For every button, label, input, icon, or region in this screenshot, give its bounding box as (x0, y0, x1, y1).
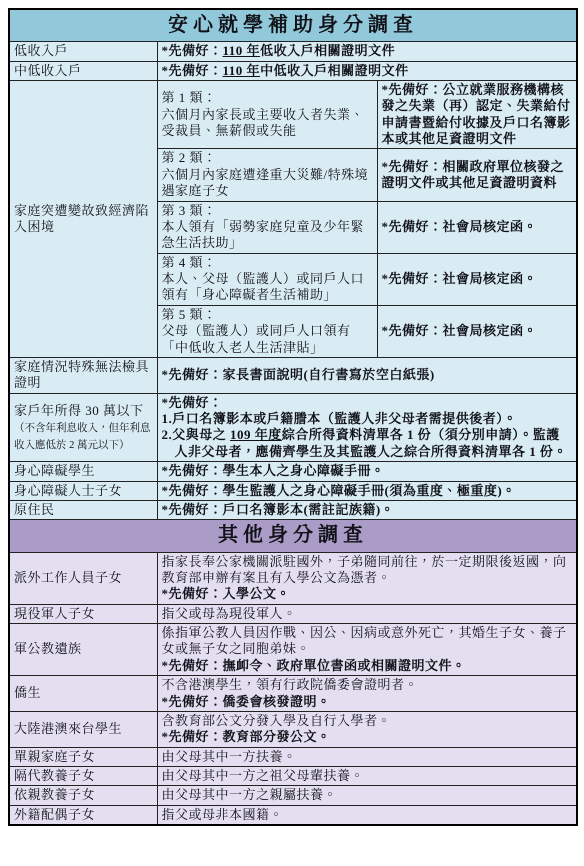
row-label: 中低收入戶 (9, 61, 157, 80)
row-content: 由父母其中一方之親屬扶養。 (157, 786, 577, 805)
row-desc: 不含港澳學生，領有行政院僑委會證明者。 (162, 677, 573, 693)
row-label: 僑生 (9, 676, 157, 712)
row-disabled-student: 身心障礙學生 *先備好：學生本人之身心障礙手冊。 (9, 462, 577, 481)
row-desc: 由父母其中一方之親屬扶養。 (162, 787, 573, 803)
row-label: 大陸港澳來台學生 (9, 711, 157, 747)
doc-rest: 低收入戶相關證明文件 (260, 43, 395, 58)
doc-text: *先備好：學生本人之身心障礙手冊。 (162, 463, 385, 478)
doc-text: *先備好：社會局核定函。 (382, 323, 538, 338)
row-content: 係指軍公教人員因作戰、因公、因病或意外死亡，其婚生子女、養子女或無子女之同胞弟妹… (157, 624, 577, 676)
row-content: 指父或母為現役軍人。 (157, 604, 577, 623)
category-title: 第 2 類： (162, 150, 373, 166)
section1-title: 安心就學補助身分調查 (9, 9, 577, 42)
row-mid-low-income: 中低收入戶 *先備好：110 年中低收入戶相關證明文件 (9, 61, 577, 80)
section-other-identity: 其他身分調查 派外工作人員子女 指家長奉公家機關派駐國外，子弟隨同前往，於一定期… (9, 520, 577, 825)
section2-header-row: 其他身分調查 (9, 520, 577, 552)
doc-item-1: 1.戶口名簿影本或戶籍謄本（監護人非父母者需提供後者）。 (162, 411, 573, 427)
row-content: *先備好：110 年中低收入戶相關證明文件 (157, 61, 577, 80)
doc-rest: 中低收入戶相關證明文件 (260, 63, 409, 78)
row-label-main: 家戶年所得 30 萬以下 (14, 403, 144, 418)
row-label-note: （不含年利息收入，但年利息收入應低於 2 萬元以下） (14, 423, 151, 450)
row-label: 外籍配偶子女 (9, 805, 157, 825)
row-content: 含教育部公文分發入學及自行入學者。 *先備好：教育部分發公文。 (157, 711, 577, 747)
row-label: 派外工作人員子女 (9, 552, 157, 604)
row-foreign-spouse: 外籍配偶子女 指父或母非本國籍。 (9, 805, 577, 825)
category-cell: 第 2 類： 六個月內家庭遭逢重大災難/特殊境遇家庭子女 (157, 149, 377, 201)
row-indigenous: 原住民 *先備好：戶口名簿影本(需註記族籍)。 (9, 500, 577, 519)
row-household-income: 家戶年所得 30 萬以下（不含年利息收入，但年利息收入應低於 2 萬元以下） *… (9, 393, 577, 462)
row-content: *先備好：戶口名簿影本(需註記族籍)。 (157, 500, 577, 519)
section-study-subsidy: 安心就學補助身分調查 低收入戶 *先備好：110 年低收入戶相關證明文件 中低收… (9, 9, 577, 520)
doc-text: *先備好：學生監護人之身心障礙手冊(須為重度、極重度)。 (162, 483, 516, 498)
row-family-change-cat1: 家庭突遭變故致經濟陷入困境 第 1 類： 六個月內家長或主要收入者失業、受裁員、… (9, 80, 577, 149)
category-title: 第 1 類： (162, 90, 373, 106)
row-content: *先備好：學生監護人之身心障礙手冊(須為重度、極重度)。 (157, 481, 577, 500)
row-label: 家戶年所得 30 萬以下（不含年利息收入，但年利息收入應低於 2 萬元以下） (9, 393, 157, 462)
doc-text: *先備好：教育部分發公文。 (162, 729, 573, 745)
doc-prefix: *先備好： (162, 43, 223, 58)
category-cell: 第 5 類： 父母（監護人）或同戶人口領有「中低收入老人生活津貼」 (157, 305, 377, 357)
doc-item-2: 2.父與母之 109 年度綜合所得資料清單各 1 份（須分別申請）。監護人非父母… (162, 427, 573, 460)
row-grandparent-care: 隔代教養子女 由父母其中一方之祖父母輩扶養。 (9, 767, 577, 786)
row-single-parent: 單親家庭子女 由父母其中一方扶養。 (9, 747, 577, 766)
category-desc: 本人、父母（監護人）或同戶人口領有「身心障礙者生活補助」 (162, 271, 373, 304)
row-desc: 含教育部公文分發入學及自行入學者。 (162, 713, 573, 729)
doc-text: *先備好：僑委會核發證明。 (162, 694, 573, 710)
row-label: 單親家庭子女 (9, 747, 157, 766)
subsidy-identity-table: 安心就學補助身分調查 低收入戶 *先備好：110 年低收入戶相關證明文件 中低收… (8, 8, 578, 826)
row-desc: 由父母其中一方扶養。 (162, 749, 573, 765)
document-cell: *先備好：社會局核定函。 (377, 253, 577, 305)
doc-text: *先備好：撫卹令、政府單位書函或相關證明文件。 (162, 658, 573, 674)
row-label: 低收入戶 (9, 42, 157, 61)
row-disabled-parent: 身心障礙人士子女 *先備好：學生監護人之身心障礙手冊(須為重度、極重度)。 (9, 481, 577, 500)
row-relative-care: 依親教養子女 由父母其中一方之親屬扶養。 (9, 786, 577, 805)
row-label: 家庭情況特殊無法檢具證明 (9, 357, 157, 393)
row-bereaved-family: 軍公教遺族 係指軍公教人員因作戰、因公、因病或意外死亡，其婚生子女、養子女或無子… (9, 624, 577, 676)
doc-item2-pre: 2.父與母之 (162, 427, 231, 442)
row-content: 指父或母非本國籍。 (157, 805, 577, 825)
row-desc: 指父或母為現役軍人。 (162, 606, 573, 622)
doc-year: 110 年 (223, 63, 261, 78)
category-title: 第 3 類： (162, 203, 373, 219)
row-content: *先備好：家長書面說明(自行書寫於空白紙張) (157, 357, 577, 393)
row-label: 隔代教養子女 (9, 767, 157, 786)
row-expat-children: 派外工作人員子女 指家長奉公家機關派駐國外，子弟隨同前往，於一定期限後返國，向教… (9, 552, 577, 604)
row-content: 不含港澳學生，領有行政院僑委會證明者。 *先備好：僑委會核發證明。 (157, 676, 577, 712)
row-special-case: 家庭情況特殊無法檢具證明 *先備好：家長書面說明(自行書寫於空白紙張) (9, 357, 577, 393)
category-cell: 第 1 類： 六個月內家長或主要收入者失業、受裁員、無薪假或失能 (157, 80, 377, 149)
doc-text: *先備好：社會局核定函。 (382, 271, 538, 286)
document-page: 安心就學補助身分調查 低收入戶 *先備好：110 年低收入戶相關證明文件 中低收… (0, 0, 584, 834)
row-label: 身心障礙人士子女 (9, 481, 157, 500)
document-cell: *先備好：社會局核定函。 (377, 201, 577, 253)
row-mainland-hk-macau: 大陸港澳來台學生 含教育部公文分發入學及自行入學者。 *先備好：教育部分發公文。 (9, 711, 577, 747)
row-desc: 係指軍公教人員因作戰、因公、因病或意外死亡，其婚生子女、養子女或無子女之同胞弟妹… (162, 625, 573, 658)
category-desc: 本人領有「弱勢家庭兒童及少年緊急生活扶助」 (162, 219, 373, 252)
category-cell: 第 4 類： 本人、父母（監護人）或同戶人口領有「身心障礙者生活補助」 (157, 253, 377, 305)
doc-text: *先備好：社會局核定函。 (382, 219, 538, 234)
document-cell: *先備好：社會局核定函。 (377, 305, 577, 357)
doc-item2-year: 109 年度 (230, 427, 282, 442)
row-desc: 指家長奉公家機關派駐國外，子弟隨同前往，於一定期限後返國，向教育部申辦有案且有入… (162, 554, 573, 587)
row-overseas-chinese: 僑生 不含港澳學生，領有行政院僑委會證明者。 *先備好：僑委會核發證明。 (9, 676, 577, 712)
doc-text: *先備好：相關政府單位核發之證明文件或其他足資證明資料 (382, 159, 565, 190)
row-label: 軍公教遺族 (9, 624, 157, 676)
category-desc: 六個月內家庭遭逢重大災難/特殊境遇家庭子女 (162, 167, 373, 200)
doc-text: *先備好：公立就業服務機構核發之失業（再）認定、失業給付申請書暨給付收據及戶口名… (382, 82, 571, 146)
doc-head: *先備好： (162, 395, 573, 411)
row-content: 由父母其中一方扶養。 (157, 747, 577, 766)
row-low-income: 低收入戶 *先備好：110 年低收入戶相關證明文件 (9, 42, 577, 61)
doc-prefix: *先備好： (162, 63, 223, 78)
document-cell: *先備好：公立就業服務機構核發之失業（再）認定、失業給付申請書暨給付收據及戶口名… (377, 80, 577, 149)
row-content: 指家長奉公家機關派駐國外，子弟隨同前往，於一定期限後返國，向教育部申辦有案且有入… (157, 552, 577, 604)
doc-text: *先備好：入學公文。 (162, 586, 573, 602)
section2-title: 其他身分調查 (9, 520, 577, 552)
row-desc: 由父母其中一方之祖父母輩扶養。 (162, 768, 573, 784)
row-label-family-change: 家庭突遭變故致經濟陷入困境 (9, 80, 157, 357)
row-label: 現役軍人子女 (9, 604, 157, 623)
row-military-children: 現役軍人子女 指父或母為現役軍人。 (9, 604, 577, 623)
category-desc: 父母（監護人）或同戶人口領有「中低收入老人生活津貼」 (162, 323, 373, 356)
doc-text: *先備好：家長書面說明(自行書寫於空白紙張) (162, 367, 435, 382)
doc-year: 110 年 (223, 43, 261, 58)
row-label: 依親教養子女 (9, 786, 157, 805)
row-content: *先備好：110 年低收入戶相關證明文件 (157, 42, 577, 61)
row-desc: 指父或母非本國籍。 (162, 807, 573, 823)
row-content: *先備好：學生本人之身心障礙手冊。 (157, 462, 577, 481)
category-title: 第 4 類： (162, 255, 373, 271)
row-content: 由父母其中一方之祖父母輩扶養。 (157, 767, 577, 786)
row-content: *先備好： 1.戶口名簿影本或戶籍謄本（監護人非父母者需提供後者）。 2.父與母… (157, 393, 577, 462)
section1-header-row: 安心就學補助身分調查 (9, 9, 577, 42)
category-cell: 第 3 類： 本人領有「弱勢家庭兒童及少年緊急生活扶助」 (157, 201, 377, 253)
document-cell: *先備好：相關政府單位核發之證明文件或其他足資證明資料 (377, 149, 577, 201)
row-label: 原住民 (9, 500, 157, 519)
category-title: 第 5 類： (162, 307, 373, 323)
category-desc: 六個月內家長或主要收入者失業、受裁員、無薪假或失能 (162, 107, 373, 140)
row-label: 身心障礙學生 (9, 462, 157, 481)
doc-text: *先備好：戶口名簿影本(需註記族籍)。 (162, 502, 395, 517)
